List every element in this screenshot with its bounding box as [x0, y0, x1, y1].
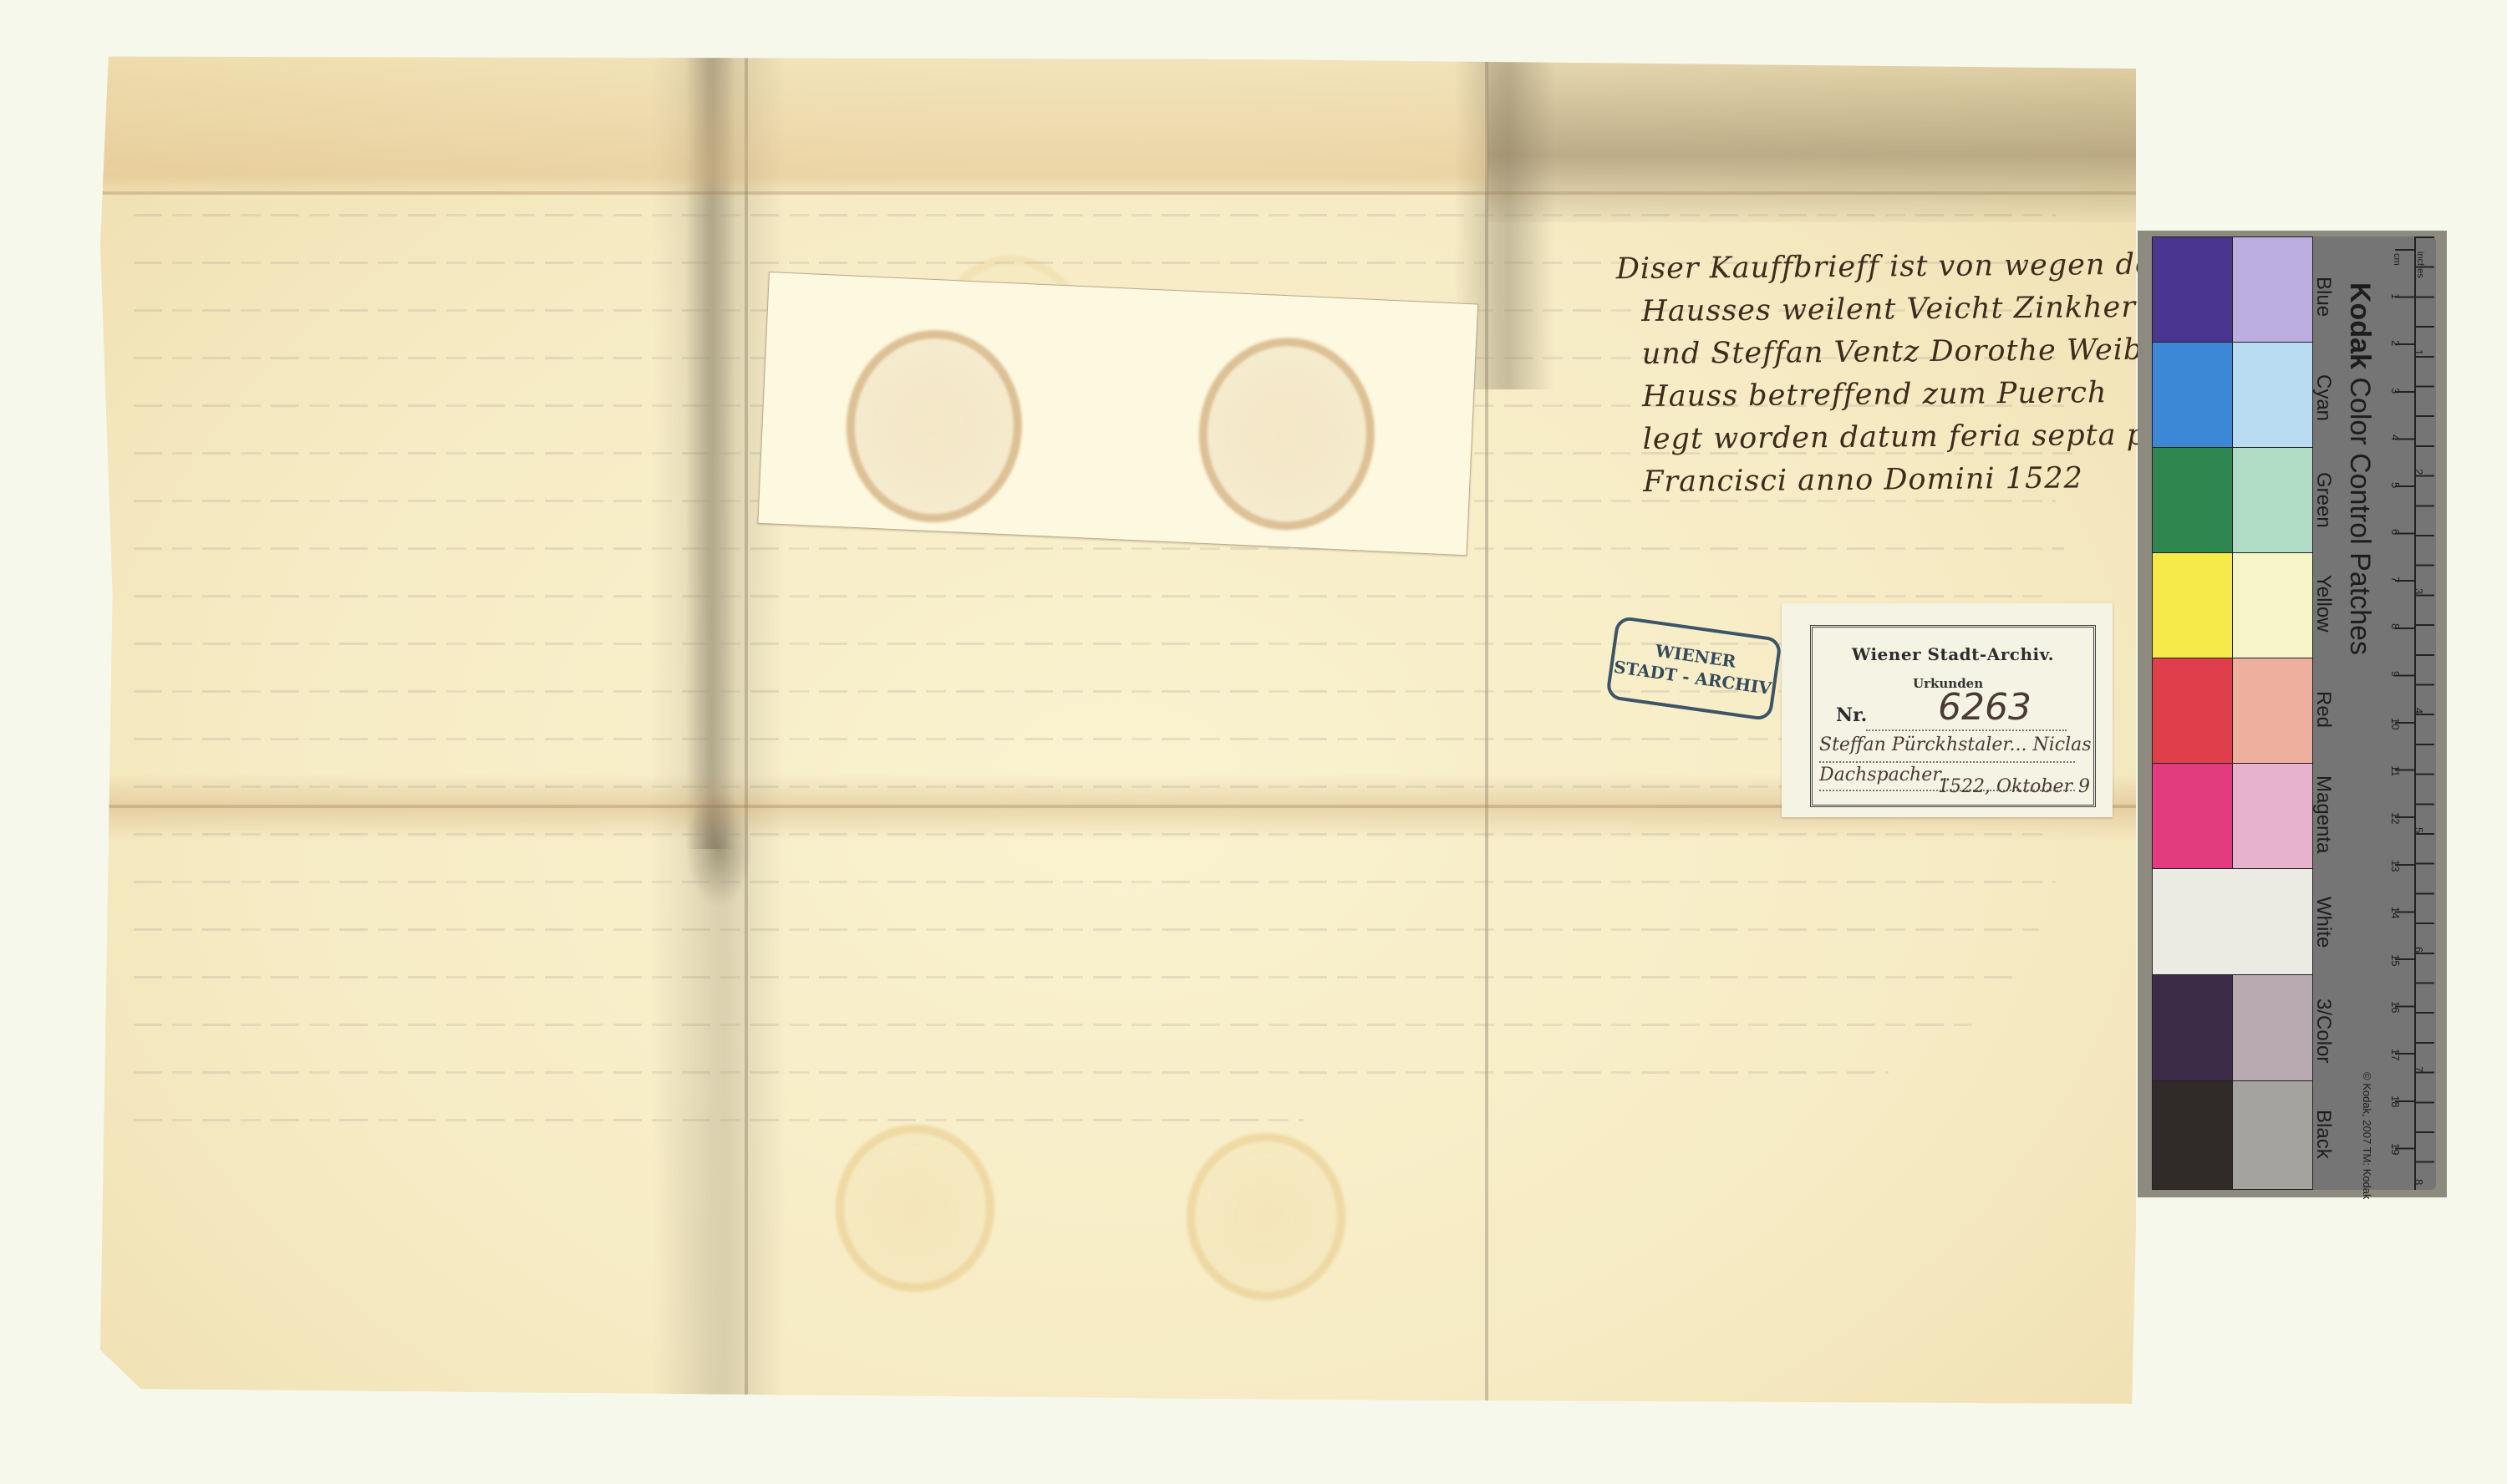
patch-black-dark	[2152, 1080, 2233, 1190]
endorsement-line: Diser Kauffbrieff ist von wegen des	[1616, 245, 2051, 292]
inch-ticks	[2414, 236, 2434, 1190]
patch-3color-dark	[2152, 974, 2233, 1081]
ghost-line	[134, 738, 2064, 740]
label-nr: Nr.	[1836, 704, 1867, 726]
chart-title: Kodak Color Control Patches	[2343, 282, 2376, 655]
chart-brand: Kodak	[2344, 282, 2376, 369]
endorsement-line: Hauss betreffend zum Puerch	[1617, 373, 2052, 419]
ghost-line	[134, 1119, 1304, 1121]
top-stain-left	[100, 55, 1487, 197]
label-party-names-2: Dachspacher..	[1819, 765, 1950, 785]
patch-blue-light	[2232, 236, 2313, 343]
patch-label-yellow: Yellow	[2311, 575, 2335, 633]
endorsement-line: Hausses weilent Veicht Zinkher	[1616, 287, 2051, 334]
patch-yellow-light	[2232, 552, 2313, 658]
ghost-line	[134, 928, 2039, 931]
patch-label-black: Black	[2311, 1110, 2335, 1159]
patch-label-white: White	[2311, 897, 2335, 948]
dotted-line	[1866, 729, 2067, 731]
chart-copyright: © Kodak, 2007 TM: Kodak	[2361, 1072, 2373, 1199]
endorsement-line: Francisci anno Domini 1522	[1618, 458, 2052, 505]
label-frame: Wiener Stadt-Archiv. Urkunden Nr. 6263 S…	[1810, 625, 2096, 807]
ghost-line	[134, 785, 2056, 788]
patch-black-light	[2232, 1080, 2313, 1190]
patch-3color-light	[2232, 974, 2313, 1081]
chart-title-text: Color Control Patches	[2344, 377, 2376, 655]
ruler-strip: Blue Cyan Green Yellow Red Magenta White…	[2313, 236, 2436, 1190]
seal-impression-faint-right	[1187, 1133, 1345, 1300]
cm-ticks	[2395, 249, 2414, 1190]
patch-blue-dark	[2152, 236, 2233, 343]
ghost-line	[134, 214, 2056, 216]
top-stain-right	[1487, 55, 2136, 222]
ghost-line	[134, 881, 2056, 883]
patch-green-light	[2232, 447, 2313, 553]
ghost-line	[134, 1024, 1972, 1026]
label-title: Wiener Stadt-Archiv.	[1813, 644, 2093, 664]
ghost-line	[134, 547, 2064, 550]
patch-label-blue: Blue	[2311, 277, 2335, 317]
wax-seal-right	[1195, 334, 1379, 534]
archive-label: Wiener Stadt-Archiv. Urkunden Nr. 6263 S…	[1782, 603, 2113, 817]
patch-magenta-light	[2232, 763, 2313, 869]
patch-white	[2152, 868, 2313, 975]
label-date: 1522, Oktober 9	[1938, 776, 2090, 797]
patch-label-cyan: Cyan	[2311, 374, 2335, 421]
patch-cyan-light	[2232, 342, 2313, 448]
patch-label-red: Red	[2311, 691, 2335, 728]
kodak-color-control-chart: Blue Cyan Green Yellow Red Magenta White…	[2152, 236, 2436, 1190]
ghost-line	[134, 833, 2047, 836]
patch-cyan-dark	[2152, 342, 2233, 448]
label-party-names: Steffan Pürckhstaler... Niclas	[1819, 734, 2092, 755]
endorsement-line: und Steffan Ventz Dorothe Weib	[1617, 330, 2052, 377]
seal-paper-slip	[757, 272, 1478, 556]
dotted-line	[1819, 761, 2075, 763]
patch-magenta-dark	[2152, 763, 2233, 869]
endorsement-line: legt worden datum feria septa post	[1617, 415, 2052, 462]
patch-green-dark	[2152, 447, 2233, 553]
ghost-line	[134, 595, 2047, 597]
patch-label-green: Green	[2311, 472, 2335, 528]
ghost-line	[134, 976, 2014, 978]
fold-line-top	[100, 191, 2136, 195]
document-number: 6263	[1938, 686, 2032, 729]
seal-impression-faint-left	[836, 1125, 994, 1292]
patch-label-magenta: Magenta	[2311, 775, 2335, 853]
patch-red-light	[2232, 658, 2313, 764]
patch-yellow-dark	[2152, 552, 2233, 658]
wax-seal-left	[842, 327, 1026, 526]
handwritten-endorsement: Diser Kauffbrieff ist von wegen des Haus…	[1616, 245, 2053, 505]
ghost-line	[134, 1071, 1889, 1074]
patch-red-dark	[2152, 658, 2233, 764]
patch-label-3color: 3/Color	[2311, 999, 2335, 1063]
